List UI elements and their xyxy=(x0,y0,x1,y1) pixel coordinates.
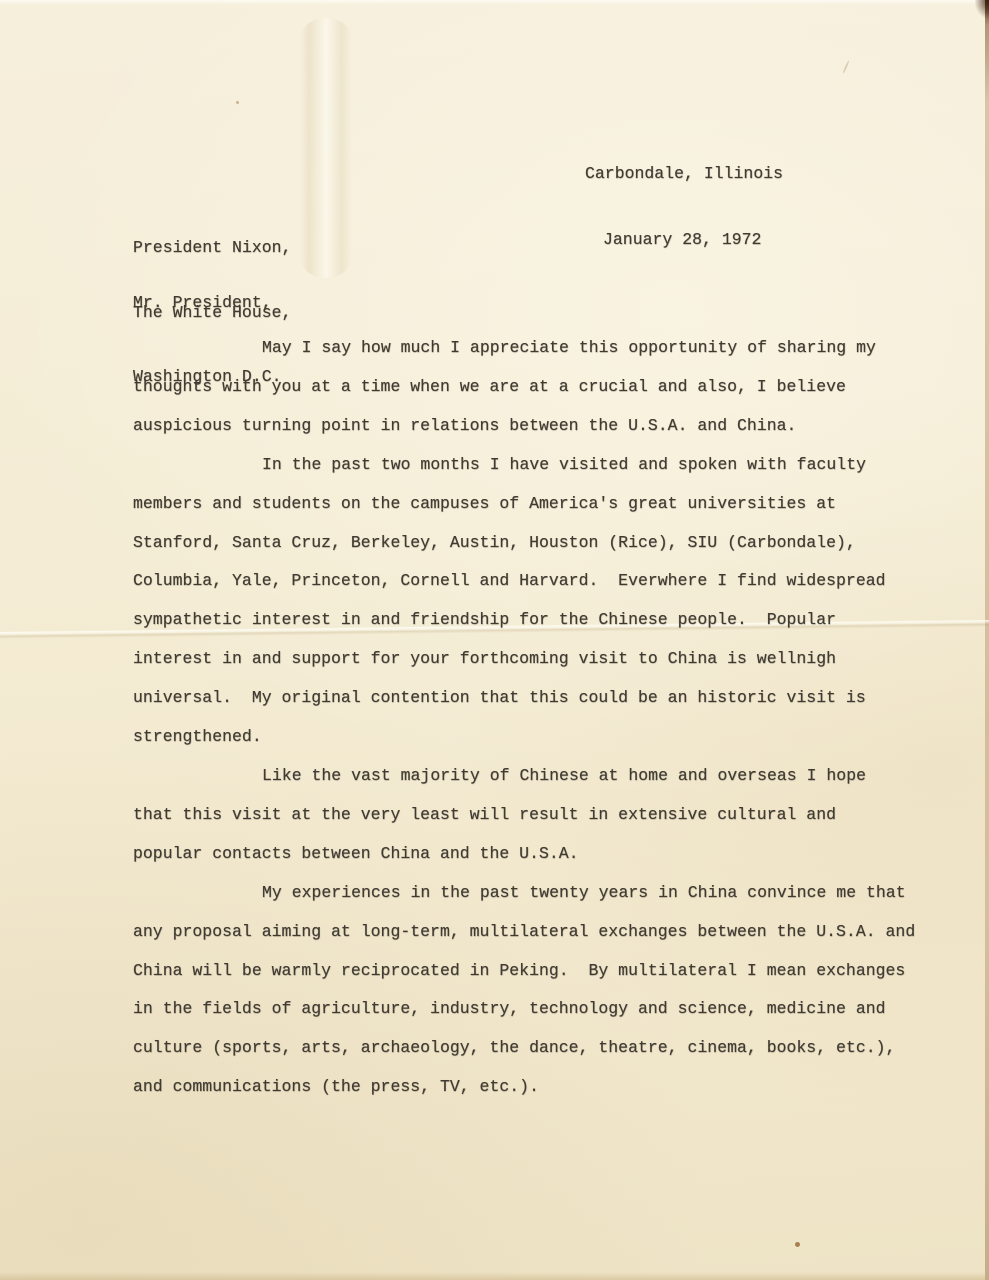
page-right-edge xyxy=(985,0,989,1280)
vertical-crease xyxy=(300,18,352,278)
page-corner-shadow xyxy=(975,0,989,18)
letter-line: members and students on the campuses of … xyxy=(133,485,933,524)
letter-line: May I say how much I appreciate this opp… xyxy=(133,329,933,368)
letter-line: strengthened. xyxy=(133,718,933,757)
recipient-line-name: President Nixon, xyxy=(133,237,291,259)
letter-line: sympathetic interest in and friendship f… xyxy=(133,601,933,640)
letter-line: Stanford, Santa Cruz, Berkeley, Austin, … xyxy=(133,524,933,563)
paper-speck xyxy=(236,101,239,104)
page-top-edge xyxy=(0,0,989,5)
salutation: Mr. President, xyxy=(133,293,272,312)
letter-line: Columbia, Yale, Princeton, Cornell and H… xyxy=(133,562,933,601)
dateline-date: January 28, 1972 xyxy=(603,229,783,251)
letter-line: interest in and support for your forthco… xyxy=(133,640,933,679)
paper-speck xyxy=(795,1242,800,1247)
letter-line: In the past two months I have visited an… xyxy=(133,446,933,485)
letter-line: thoughts with you at a time when we are … xyxy=(133,368,933,407)
letter-line: My experiences in the past twenty years … xyxy=(133,874,933,913)
dateline: Carbondale, Illinois January 28, 1972 xyxy=(585,119,783,295)
letter-line: universal. My original contention that t… xyxy=(133,679,933,718)
letter-line: that this visit at the very least will r… xyxy=(133,796,933,835)
dateline-place: Carbondale, Illinois xyxy=(585,163,783,185)
paper-scratch xyxy=(842,60,850,74)
letter-line: popular contacts between China and the U… xyxy=(133,835,933,874)
letter-line: any proposal aiming at long-term, multil… xyxy=(133,913,933,952)
page-bottom-edge xyxy=(0,1272,989,1280)
letter-line: and communications (the press, TV, etc.)… xyxy=(133,1068,933,1107)
letter-line: China will be warmly reciprocated in Pek… xyxy=(133,952,933,991)
letter-body: May I say how much I appreciate this opp… xyxy=(133,329,933,1107)
letter-line: in the fields of agriculture, industry, … xyxy=(133,990,933,1029)
letter-line: culture (sports, arts, archaeology, the … xyxy=(133,1029,933,1068)
letter-line: auspicious turning point in relations be… xyxy=(133,407,933,446)
letter-page: Carbondale, Illinois January 28, 1972 Pr… xyxy=(0,0,989,1280)
letter-line: Like the vast majority of Chinese at hom… xyxy=(133,757,933,796)
